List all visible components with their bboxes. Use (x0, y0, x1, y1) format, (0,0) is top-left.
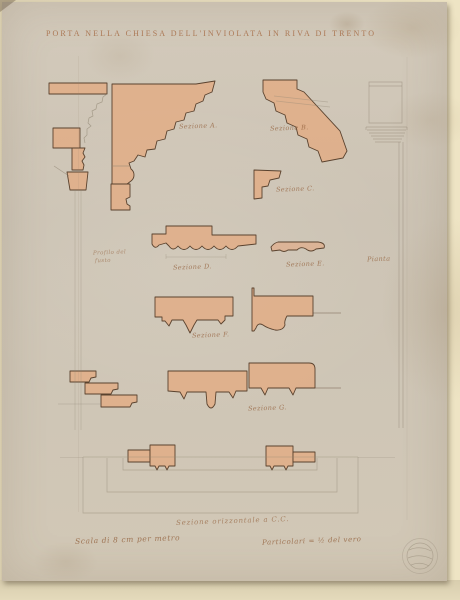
sheet-title: PORTA NELLA CHIESA DELL'INVIOLATA IN RIV… (46, 29, 376, 38)
pilaster-shaft-lines (75, 190, 81, 430)
sezione-a-lower-bar (111, 184, 130, 210)
label-sezione-c: Sezione C. (276, 184, 315, 193)
label-sezione-g: Sezione G. (248, 403, 287, 412)
sezione-f-profile (155, 288, 313, 333)
sezione-c-profile (254, 170, 281, 199)
profile-note-line1: Profilo del (93, 249, 126, 256)
label-sezione-b: Sezione B. (270, 123, 309, 132)
plan-horizontal-section (60, 457, 395, 513)
sezione-a-profile (111, 81, 215, 210)
left-top-cornice-bar (49, 83, 107, 94)
scanned-drawing-sheet: PORTA NELLA CHIESA DELL'INVIOLATA IN RIV… (0, 0, 460, 600)
embossed-stamp (403, 539, 438, 574)
label-sezione-e: Sezione E. (286, 259, 325, 268)
sezione-e-profile (271, 242, 324, 252)
sezione-g-profile (168, 363, 315, 408)
label-sezione-f: Sezione F. (192, 330, 230, 339)
drawing-canvas (0, 0, 460, 600)
sezione-d-dimension-line (166, 254, 226, 259)
left-fascia-block (53, 128, 80, 148)
plan-jamb-sections (128, 445, 315, 470)
sezione-d-profile (152, 226, 256, 250)
label-sezione-d: Sezione D. (173, 262, 212, 271)
left-entablature-section (49, 83, 107, 190)
sezione-b-profile (263, 80, 347, 162)
label-sezione-a: Sezione A. (179, 121, 218, 130)
left-capital-profile (67, 172, 88, 190)
label-pianta: Pianta (367, 255, 391, 264)
profile-note-line2: fusto (95, 258, 111, 265)
base-steps-profile (70, 371, 137, 407)
